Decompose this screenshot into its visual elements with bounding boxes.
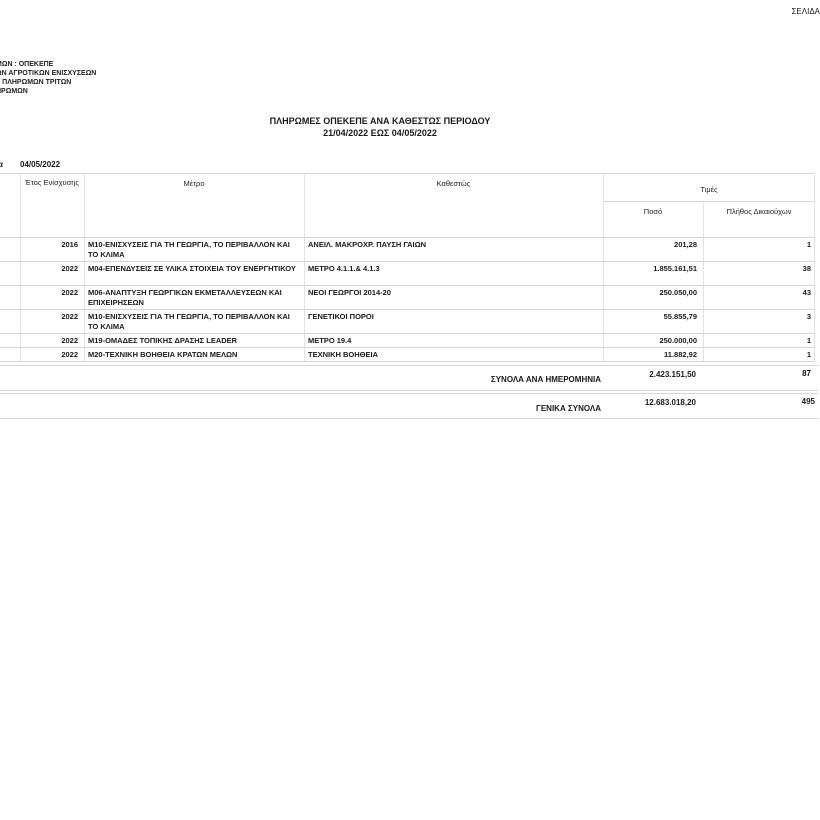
table-row: 2022Μ10-ΕΝΙΣΧΥΣΕΙΣ ΓΙΑ ΤΗ ΓΕΩΡΓΙΑ, ΤΟ ΠΕ… — [0, 309, 815, 334]
cell-amount: 55.855,79 — [603, 312, 697, 322]
org-line: Γ ΠΛΗΡΩΜΩΝ ΤΡΙΤΩΝ — [0, 78, 96, 87]
table-row: 2022Μ06-ΑΝΑΠΤΥΞΗ ΓΕΩΡΓΙΚΩΝ ΕΚΜΕΤΑΛΛΕΥΣΕΩ… — [0, 285, 815, 310]
cell-beneficiaries: 3 — [703, 312, 811, 322]
org-line: ΜΩΝ : ΟΠΕΚΕΠΕ — [0, 60, 96, 69]
report-date: α 04/05/2022 — [0, 160, 3, 169]
cell-measure: Μ06-ΑΝΑΠΤΥΞΗ ΓΕΩΡΓΙΚΩΝ ΕΚΜΕΤΑΛΛΕΥΣΕΩΝ ΚΑ… — [88, 288, 302, 308]
grand-total-beneficiaries: 495 — [703, 397, 815, 407]
cell-year: 2016 — [20, 240, 78, 250]
cell-regime: ΤΕΧΝΙΚΗ ΒΟΗΘΕΙΑ — [308, 350, 598, 360]
cell-beneficiaries: 38 — [703, 264, 811, 274]
column-header-amount: Ποσό — [603, 207, 703, 217]
column-header-regime: Καθεστώς — [304, 179, 603, 189]
report-title: ΠΛΗΡΩΜΕΣ ΟΠΕΚΕΠΕ ΑΝΑ ΚΑΘΕΣΤΩΣ ΠΕΡΙΟΔΟΥ — [0, 115, 760, 127]
report-date-value: 04/05/2022 — [20, 160, 60, 169]
cell-amount: 11.882,92 — [603, 350, 697, 360]
cell-year: 2022 — [20, 336, 78, 346]
cell-year: 2022 — [20, 312, 78, 322]
cell-year: 2022 — [20, 264, 78, 274]
cell-regime: ΜΕΤΡΟ 19.4 — [308, 336, 598, 346]
cell-measure: Μ04-ΕΠΕΝΔΥΣΕΙΣ ΣΕ ΥΛΙΚΑ ΣΤΟΙΧΕΙΑ ΤΟΥ ΕΝΕ… — [88, 264, 302, 274]
table-row: 2022Μ19-ΟΜΑΔΕΣ ΤΟΠΙΚΗΣ ΔΡΑΣΗΣ LEADERΜΕΤΡ… — [0, 333, 815, 348]
date-total-label: ΣΥΝΟΛΑ ΑΝΑ ΗΜΕΡΟΜΗΝΙΑ — [440, 375, 601, 385]
grand-total-row: ΓΕΝΙΚΑ ΣΥΝΟΛΑ 12.683.018,20 495 — [0, 393, 818, 419]
table-row: 2022Μ04-ΕΠΕΝΔΥΣΕΙΣ ΣΕ ΥΛΙΚΑ ΣΤΟΙΧΕΙΑ ΤΟΥ… — [0, 261, 815, 286]
org-line: ΩΝ ΑΓΡΟΤΙΚΩΝ ΕΝΙΣΧΥΣΕΩΝ — [0, 69, 96, 78]
cell-amount: 1.855.161,51 — [603, 264, 697, 274]
date-total-beneficiaries: 87 — [703, 369, 811, 379]
report-title-block: ΠΛΗΡΩΜΕΣ ΟΠΕΚΕΠΕ ΑΝΑ ΚΑΘΕΣΤΩΣ ΠΕΡΙΟΔΟΥ 2… — [0, 115, 760, 139]
column-header-year: Έτος Ενίσχυσης — [20, 178, 84, 188]
report-date-label: α — [0, 160, 3, 169]
table-row: 2016Μ10-ΕΝΙΣΧΥΣΕΙΣ ΓΙΑ ΤΗ ΓΕΩΡΓΙΑ, ΤΟ ΠΕ… — [0, 237, 815, 262]
cell-regime: ΓΕΝΕΤΙΚΟΙ ΠΟΡΟΙ — [308, 312, 598, 322]
page-label: ΣΕΛΙΔΑ — [791, 7, 820, 16]
cell-amount: 250.000,00 — [603, 336, 697, 346]
column-header-measure: Μέτρο — [84, 179, 304, 189]
grand-total-label: ΓΕΝΙΚΑ ΣΥΝΟΛΑ — [440, 404, 601, 414]
cell-regime: ΝΕΟΙ ΓΕΩΡΓΟΙ 2014-20 — [308, 288, 598, 298]
organization-header: ΜΩΝ : ΟΠΕΚΕΠΕ ΩΝ ΑΓΡΟΤΙΚΩΝ ΕΝΙΣΧΥΣΕΩΝ Γ … — [0, 60, 96, 96]
cell-year: 2022 — [20, 288, 78, 298]
table-row: 2022Μ20-ΤΕΧΝΙΚΗ ΒΟΗΘΕΙΑ ΚΡΑΤΩΝ ΜΕΛΩΝΤΕΧΝ… — [0, 347, 815, 362]
cell-measure: Μ10-ΕΝΙΣΧΥΣΕΙΣ ΓΙΑ ΤΗ ΓΕΩΡΓΙΑ, ΤΟ ΠΕΡΙΒΑ… — [88, 312, 302, 332]
cell-measure: Μ10-ΕΝΙΣΧΥΣΕΙΣ ΓΙΑ ΤΗ ΓΕΩΡΓΙΑ, ΤΟ ΠΕΡΙΒΑ… — [88, 240, 302, 260]
column-header-beneficiaries: Πλήθος Δικαιούχων — [703, 207, 815, 217]
cell-beneficiaries: 43 — [703, 288, 811, 298]
cell-beneficiaries: 1 — [703, 240, 811, 250]
cell-regime: ΑΝΕΙΛ. ΜΑΚΡΟΧΡ. ΠΑΥΣΗ ΓΑΙΩΝ — [308, 240, 598, 250]
cell-regime: ΜΕΤΡΟ 4.1.1.& 4.1.3 — [308, 264, 598, 274]
cell-amount: 201,28 — [603, 240, 697, 250]
date-total-row: ΣΥΝΟΛΑ ΑΝΑ ΗΜΕΡΟΜΗΝΙΑ 2.423.151,50 87 — [0, 365, 818, 391]
cell-amount: 250.050,00 — [603, 288, 697, 298]
column-header-values: Τιμές — [603, 185, 815, 195]
cell-measure: Μ19-ΟΜΑΔΕΣ ΤΟΠΙΚΗΣ ΔΡΑΣΗΣ LEADER — [88, 336, 302, 346]
org-line: ΗΡΩΜΩΝ — [0, 87, 96, 96]
cell-year: 2022 — [20, 350, 78, 360]
cell-beneficiaries: 1 — [703, 350, 811, 360]
cell-beneficiaries: 1 — [703, 336, 811, 346]
report-period: 21/04/2022 ΕΩΣ 04/05/2022 — [0, 127, 760, 139]
grand-total-amount: 12.683.018,20 — [603, 398, 696, 408]
date-total-amount: 2.423.151,50 — [603, 370, 696, 380]
cell-measure: Μ20-ΤΕΧΝΙΚΗ ΒΟΗΘΕΙΑ ΚΡΑΤΩΝ ΜΕΛΩΝ — [88, 350, 302, 360]
